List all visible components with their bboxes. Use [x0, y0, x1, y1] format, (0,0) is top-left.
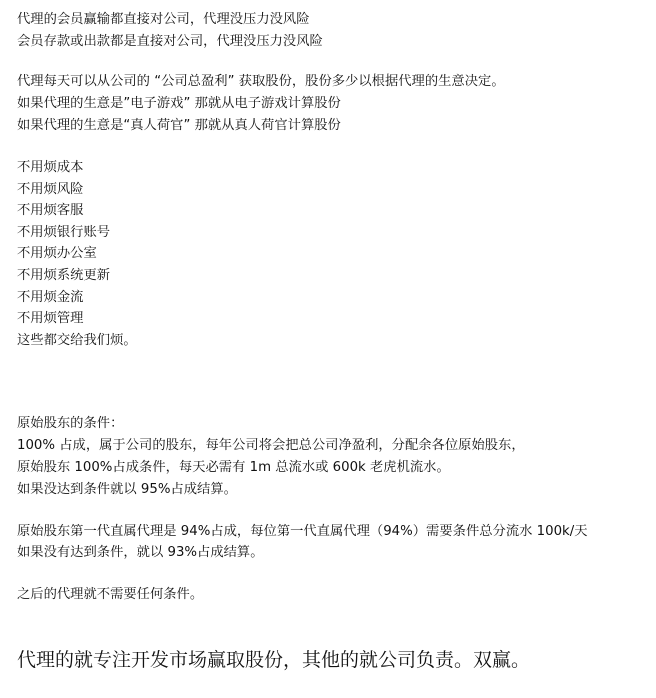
no-worry-item-support: 不用烦客服 — [17, 201, 83, 221]
no-worry-closing: 这些都交给我们烦。 — [17, 331, 137, 351]
intro-line-1: 代理的会员赢输都直接对公司，代理没压力没风险 — [17, 10, 310, 30]
after-agents-line: 之后的代理就不需要任何条件。 — [17, 585, 203, 605]
first-gen-line-2: 如果没有达到条件，就以 93%占成结算。 — [17, 543, 264, 563]
shares-line-2: 如果代理的生意是”电子游戏” 那就从电子游戏计算股份 — [17, 94, 341, 114]
no-worry-item-office: 不用烦办公室 — [17, 244, 97, 264]
no-worry-item-bank: 不用烦银行账号 — [17, 223, 110, 243]
no-worry-item-system: 不用烦系统更新 — [17, 266, 110, 286]
shares-line-3: 如果代理的生意是“真人荷官” 那就从真人荷官计算股份 — [17, 116, 341, 136]
shares-line-1: 代理每天可以从公司的 “公司总盈利” 获取股份，股份多少以根据代理的生意决定。 — [17, 72, 505, 92]
shareholder-heading: 原始股东的条件： — [17, 414, 123, 434]
intro-line-2: 会员存款或出款都是直接对公司，代理没压力没风险 — [17, 32, 323, 52]
no-worry-item-management: 不用烦管理 — [17, 309, 83, 329]
no-worry-item-risk: 不用烦风险 — [17, 180, 83, 200]
first-gen-line-1: 原始股东第一代直属代理是 94%占成，每位第一代直属代理（94%）需要条件总分流… — [17, 522, 588, 542]
no-worry-item-cashflow: 不用烦金流 — [17, 288, 83, 308]
no-worry-item-cost: 不用烦成本 — [17, 158, 83, 178]
shareholder-line-3: 如果没达到条件就以 95%占成结算。 — [17, 480, 237, 500]
closing-statement: 代理的就专注开发市场赢取股份，其他的就公司负责。双赢。 — [17, 647, 530, 673]
shareholder-line-1: 100% 占成，属于公司的股东，每年公司将会把总公司净盈利，分配余各位原始股东， — [17, 436, 525, 456]
shareholder-line-2: 原始股东 100%占成条件，每天必需有 1m 总流水或 600k 老虎机流水。 — [17, 458, 450, 478]
